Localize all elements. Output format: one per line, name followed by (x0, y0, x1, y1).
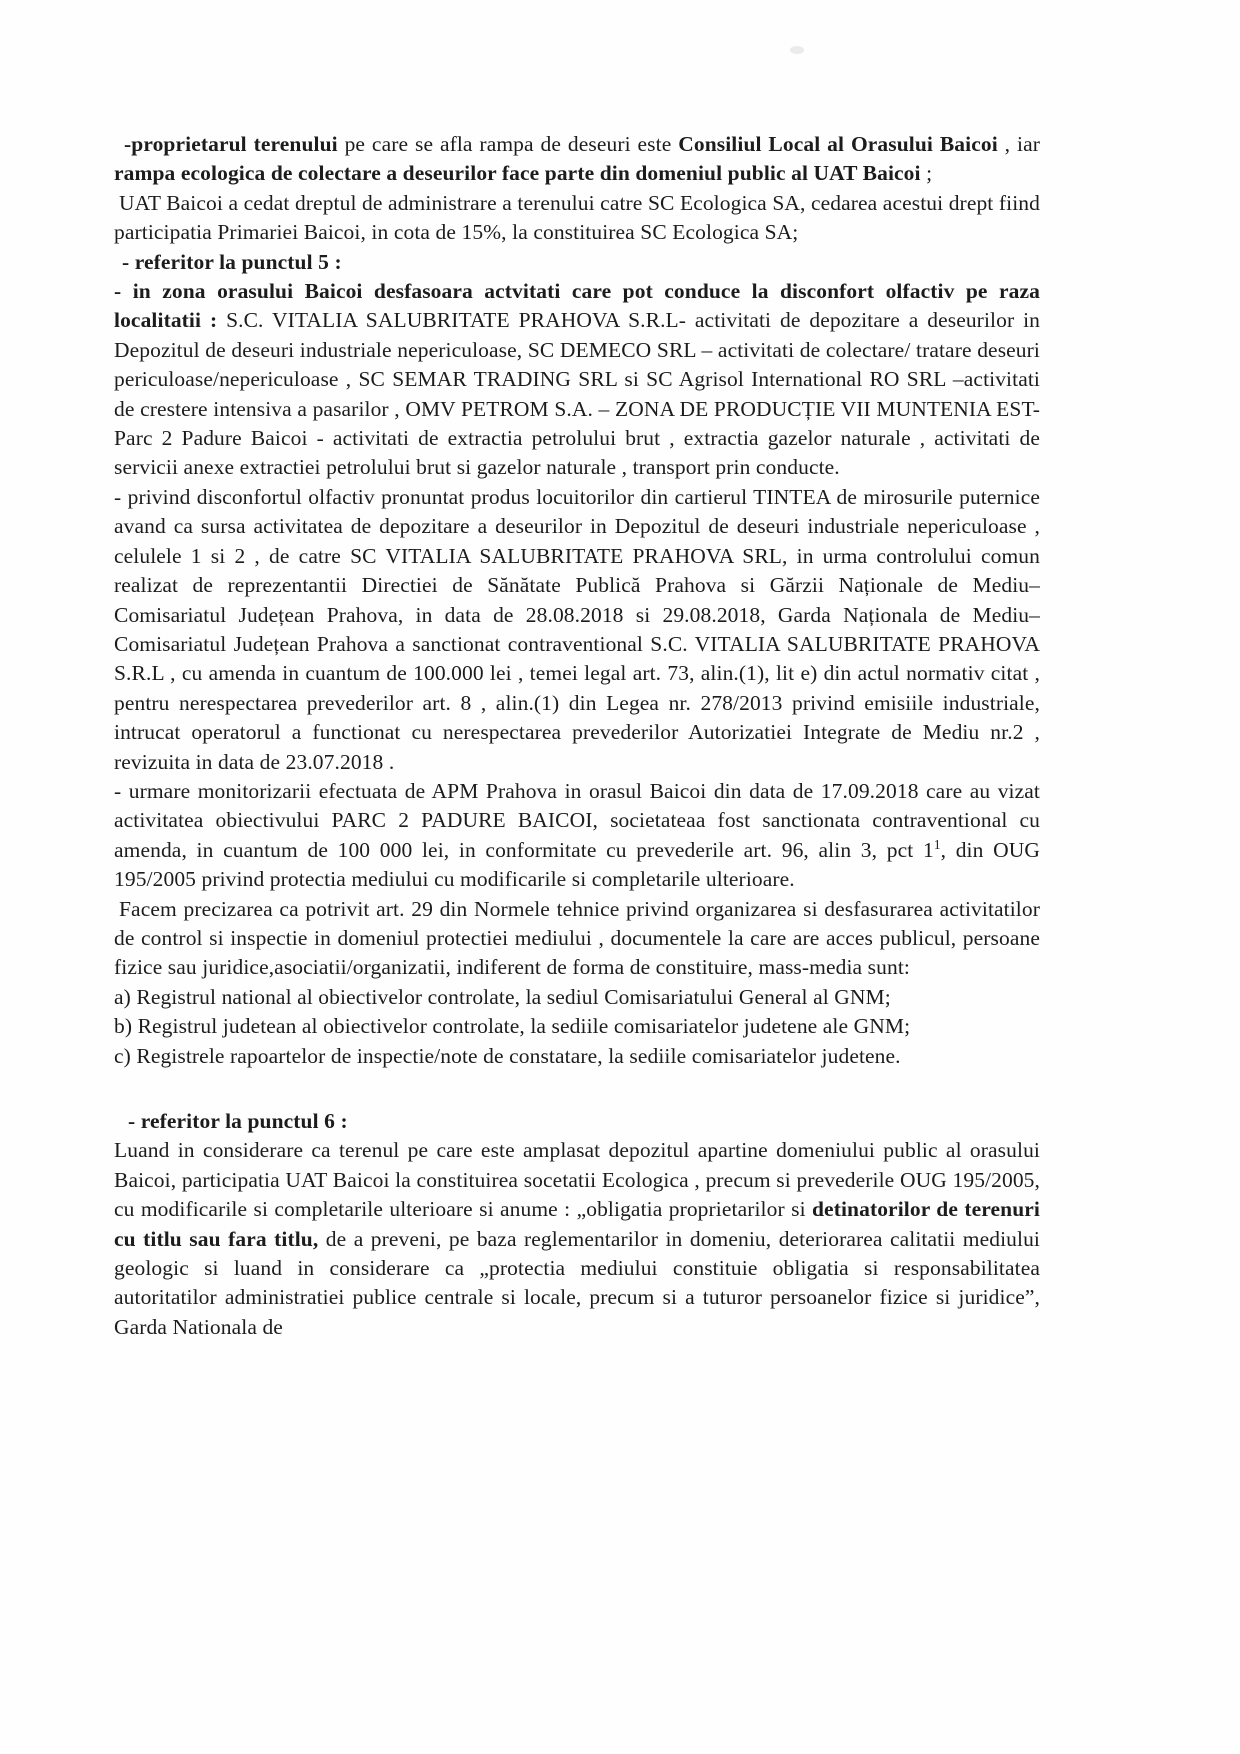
para-activitati-disconfort-olfactiv: - in zona orasului Baicoi desfasoara act… (114, 277, 1040, 483)
text-run: UAT Baicoi a cedat dreptul de administra… (114, 191, 1040, 244)
text-run: c) Registrele rapoartelor de inspectie/n… (114, 1044, 901, 1068)
text-run: pe care se afla rampa de deseuri este (338, 132, 679, 156)
bold-text-run: - referitor la punctul 6 : (128, 1109, 348, 1133)
para-referitor-punctul-6: - referitor la punctul 6 : (114, 1107, 1040, 1136)
bold-text-run: rampa ecologica de colectare a deseurilo… (114, 161, 921, 185)
para-uat-cedare-drept: UAT Baicoi a cedat dreptul de administra… (114, 189, 1040, 248)
bold-text-run: -proprietarul terenului (124, 132, 338, 156)
list-item-b-registrul-judetean: b) Registrul judetean al obiectivelor co… (114, 1012, 1040, 1041)
text-run: - privind disconfortul olfactiv pronunta… (114, 485, 1040, 774)
text-run: b) Registrul judetean al obiectivelor co… (114, 1014, 910, 1038)
list-item-c-registrele-rapoartelor: c) Registrele rapoartelor de inspectie/n… (114, 1042, 1040, 1071)
text-run: S.C. VITALIA SALUBRITATE PRAHOVA S.R.L- … (114, 308, 1040, 479)
scan-smudge-artifact (790, 46, 804, 54)
para-facem-precizarea: Facem precizarea ca potrivit art. 29 din… (114, 895, 1040, 983)
text-run: Facem precizarea ca potrivit art. 29 din… (114, 897, 1040, 980)
text-run: 1 (934, 837, 941, 852)
bold-text-run: - referitor la punctul 5 : (122, 250, 342, 274)
scanned-document-page: -proprietarul terenului pe care se afla … (0, 0, 1240, 1754)
para-proprietarul-terenului: -proprietarul terenului pe care se afla … (114, 130, 1040, 189)
text-run: a) Registrul national al obiectivelor co… (114, 985, 891, 1009)
text-run: , iar (998, 132, 1040, 156)
text-run: ; (921, 161, 933, 185)
bold-text-run: Consiliul Local al Orasului Baicoi (678, 132, 998, 156)
para-luand-in-considerare: Luand in considerare ca terenul pe care … (114, 1136, 1040, 1342)
para-disconfort-tintea-sanctiune: - privind disconfortul olfactiv pronunta… (114, 483, 1040, 777)
para-referitor-punctul-5: - referitor la punctul 5 : (114, 248, 1040, 277)
list-item-a-registrul-national: a) Registrul national al obiectivelor co… (114, 983, 1040, 1012)
para-monitorizare-apm-prahova: - urmare monitorizarii efectuata de APM … (114, 777, 1040, 895)
text-run: - urmare monitorizarii efectuata de APM … (114, 779, 1040, 862)
document-body: -proprietarul terenului pe care se afla … (114, 130, 1040, 1342)
